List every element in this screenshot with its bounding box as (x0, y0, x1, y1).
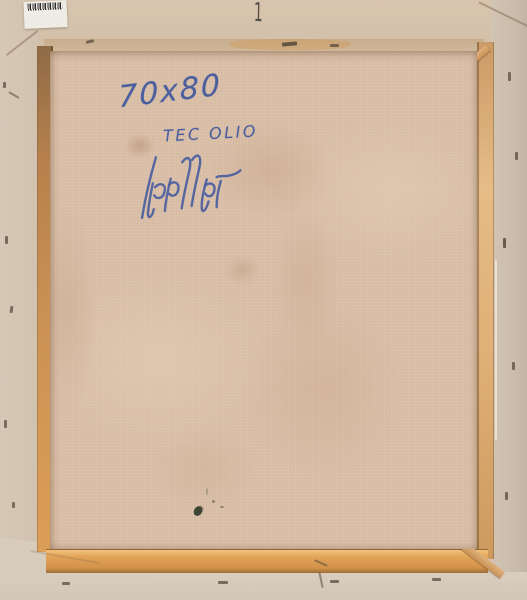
staple-mark (508, 72, 511, 81)
ink-speck (206, 488, 208, 495)
canvas-crease (495, 260, 497, 440)
artist-signature: Spessot (135, 150, 249, 224)
staple-mark (3, 82, 6, 88)
inventory-mark: 1 (253, 0, 263, 26)
staple-mark (12, 502, 15, 508)
auction-label (23, 0, 67, 29)
stretcher-bar-right (477, 42, 494, 559)
ink-speck (212, 500, 215, 503)
staple-mark (503, 238, 506, 248)
painting-verso-photo: 70x80 TEC OLIO Spessot 1 (0, 0, 527, 600)
staple-mark (432, 578, 441, 581)
canvas-fold-left (0, 0, 38, 600)
ink-speck (220, 506, 224, 508)
staple-mark (512, 362, 515, 370)
barcode (28, 2, 63, 11)
staple-mark (62, 582, 70, 585)
staple-mark (4, 420, 7, 428)
canvas-back (50, 51, 477, 549)
staple-mark (330, 580, 339, 583)
staple-mark (515, 152, 518, 160)
stretcher-bar-bottom (46, 549, 488, 573)
staple-mark (5, 236, 8, 244)
staple-mark (218, 581, 228, 584)
staple-mark (330, 44, 339, 47)
staple-mark (505, 492, 508, 500)
